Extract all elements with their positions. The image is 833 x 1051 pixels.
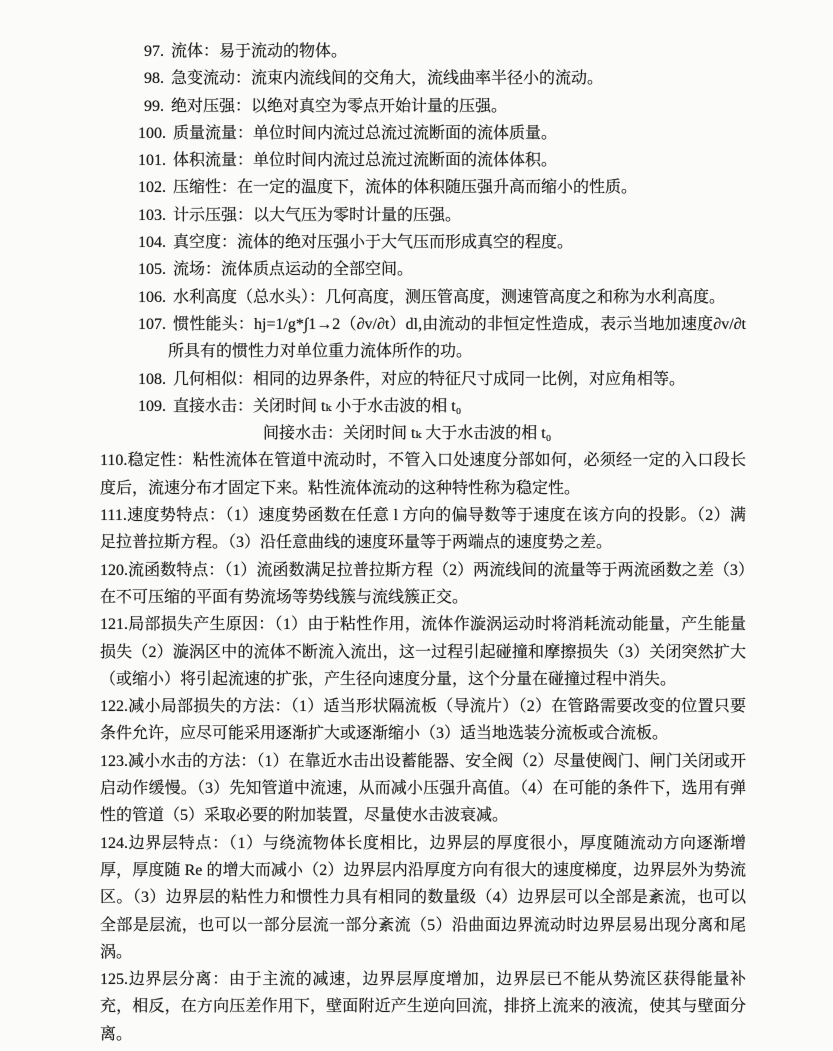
item-text: 压缩性：在一定的温度下，流体的体积随压强升高而缩小的性质。 xyxy=(173,179,637,196)
item-number: 98. xyxy=(144,70,164,87)
item-text: 边界层特点：（1）与绕流物体长度相比，边界层的厚度很小，厚度随流动方向逐渐增厚，… xyxy=(100,835,746,961)
item-number: 100. xyxy=(138,125,166,142)
item-text: 流体：易于流动的物体。 xyxy=(171,43,347,60)
item-text: 速度势特点：（1）速度势函数在任意 l 方向的偏导数等于速度在该方向的投影。（2… xyxy=(100,507,746,551)
definition-item-110: 110.稳定性：粘性流体在管道中流动时，不管入口处速度分部如何，必须经一定的入口… xyxy=(100,447,746,502)
item-text: 质量流量：单位时间内流过总流过流断面的流体质量。 xyxy=(173,125,557,142)
definition-item-100: 100.质量流量：单位时间内流过总流过流断面的流体质量。 xyxy=(100,120,746,147)
definition-item-99: 99.绝对压强：以绝对真空为零点开始计量的压强。 xyxy=(100,93,746,120)
definition-item-101: 101.体积流量：单位时间内流过总流过流断面的流体体积。 xyxy=(100,147,746,174)
document-page: 97.流体：易于流动的物体。 98.急变流动：流束内流线间的交角大，流线曲率半径… xyxy=(0,0,833,1051)
item-number: 111. xyxy=(100,507,127,524)
item-number: 120. xyxy=(100,562,128,579)
item-text: 急变流动：流束内流线间的交角大，流线曲率半径小的流动。 xyxy=(171,70,603,87)
item-text: 稳定性：粘性流体在管道中流动时，不管入口处速度分部如何，必须经一定的入口段长度后… xyxy=(100,452,746,496)
definition-item-125: 125.边界层分离：由于主流的减速，边界层厚度增加，边界层已不能从势流区获得能量… xyxy=(100,966,746,1048)
item-number: 123. xyxy=(100,753,128,770)
item-number: 101. xyxy=(138,152,166,169)
item-text: 真空度：流体的绝对压强小于大气压而形成真空的程度。 xyxy=(173,234,573,251)
definition-item-111: 111.速度势特点：（1）速度势函数在任意 l 方向的偏导数等于速度在该方向的投… xyxy=(100,502,746,557)
definition-item-123: 123.减小水击的方法：（1）在靠近水击出设蓄能器、安全阀（2）尽量使阀门、闸门… xyxy=(100,748,746,830)
definition-item-106: 106.水利高度（总水头）：几何高度，测压管高度，测速管高度之和称为水利高度。 xyxy=(100,284,746,311)
definition-item-105: 105.流场：流体质点运动的全部空间。 xyxy=(100,256,746,283)
definition-item-108: 108.几何相似：相同的边界条件，对应的特征尺寸成同一比例，对应角相等。 xyxy=(100,366,746,393)
item-text: 计示压强：以大气压为零时计量的压强。 xyxy=(173,207,461,224)
definitions-list: 97.流体：易于流动的物体。 98.急变流动：流束内流线间的交角大，流线曲率半径… xyxy=(100,38,746,1048)
definition-item-102: 102.压缩性：在一定的温度下，流体的体积随压强升高而缩小的性质。 xyxy=(100,174,746,201)
item-text: 减小局部损失的方法：（1）适当形状隔流板（导流片）（2）在管路需要改变的位置只要… xyxy=(100,698,746,742)
definition-item-104: 104.真空度：流体的绝对压强小于大气压而形成真空的程度。 xyxy=(100,229,746,256)
item-text: 体积流量：单位时间内流过总流过流断面的流体体积。 xyxy=(173,152,557,169)
item-text: 几何相似：相同的边界条件，对应的特征尺寸成同一比例，对应角相等。 xyxy=(173,371,685,388)
item-number: 99. xyxy=(144,98,164,115)
item-number: 107. xyxy=(138,316,166,333)
item-number: 121. xyxy=(100,616,128,633)
item-number: 103. xyxy=(138,207,166,224)
item-text: 惯性能头：hj=1/g*∫1→2（∂v/∂t）dl,由流动的非恒定性造成，表示当… xyxy=(168,316,746,360)
item-number: 105. xyxy=(138,261,166,278)
item-text: 减小水击的方法：（1）在靠近水击出设蓄能器、安全阀（2）尽量使阀门、闸门关闭或开… xyxy=(100,753,746,825)
item-number: 97. xyxy=(144,43,164,60)
item-number: 122. xyxy=(100,698,128,715)
item-text: 边界层分离：由于主流的减速，边界层厚度增加，边界层已不能从势流区获得能量补充，相… xyxy=(100,971,746,1043)
item-number: 102. xyxy=(138,179,166,196)
definition-item-109-continuation: 间接水击：关闭时间 tₖ 大于水击波的相 t₀ xyxy=(168,420,746,447)
item-number: 125. xyxy=(100,971,128,988)
definition-item-98: 98.急变流动：流束内流线间的交角大，流线曲率半径小的流动。 xyxy=(100,65,746,92)
definition-item-103: 103.计示压强：以大气压为零时计量的压强。 xyxy=(100,202,746,229)
item-text: 流函数特点：（1）流函数满足拉普拉斯方程（2）两流线间的流量等于两流函数之差（3… xyxy=(100,562,746,606)
item-text: 水利高度（总水头）：几何高度，测压管高度，测速管高度之和称为水利高度。 xyxy=(173,289,725,306)
item-text: 局部损失产生原因：（1）由于粘性作用，流体作漩涡运动时将消耗流动能量，产生能量损… xyxy=(100,616,746,688)
item-text: 绝对压强：以绝对真空为零点开始计量的压强。 xyxy=(171,98,507,115)
item-text: 直接水击：关闭时间 tₖ 小于水击波的相 t₀ xyxy=(173,398,461,415)
item-number: 124. xyxy=(100,835,128,852)
definition-item-122: 122.减小局部损失的方法：（1）适当形状隔流板（导流片）（2）在管路需要改变的… xyxy=(100,693,746,748)
item-text: 流场：流体质点运动的全部空间。 xyxy=(173,261,413,278)
definition-item-109: 109.直接水击：关闭时间 tₖ 小于水击波的相 t₀ 间接水击：关闭时间 tₖ… xyxy=(100,393,746,448)
item-number: 106. xyxy=(138,289,166,306)
definition-item-120: 120.流函数特点：（1）流函数满足拉普拉斯方程（2）两流线间的流量等于两流函数… xyxy=(100,557,746,612)
item-number: 109. xyxy=(138,398,166,415)
item-number: 108. xyxy=(138,371,166,388)
definition-item-121: 121.局部损失产生原因：（1）由于粘性作用，流体作漩涡运动时将消耗流动能量，产… xyxy=(100,611,746,693)
definition-item-97: 97.流体：易于流动的物体。 xyxy=(100,38,746,65)
definition-item-124: 124.边界层特点：（1）与绕流物体长度相比，边界层的厚度很小，厚度随流动方向逐… xyxy=(100,830,746,966)
item-number: 104. xyxy=(138,234,166,251)
item-number: 110. xyxy=(100,452,127,469)
definition-item-107: 107.惯性能头：hj=1/g*∫1→2（∂v/∂t）dl,由流动的非恒定性造成… xyxy=(100,311,746,366)
